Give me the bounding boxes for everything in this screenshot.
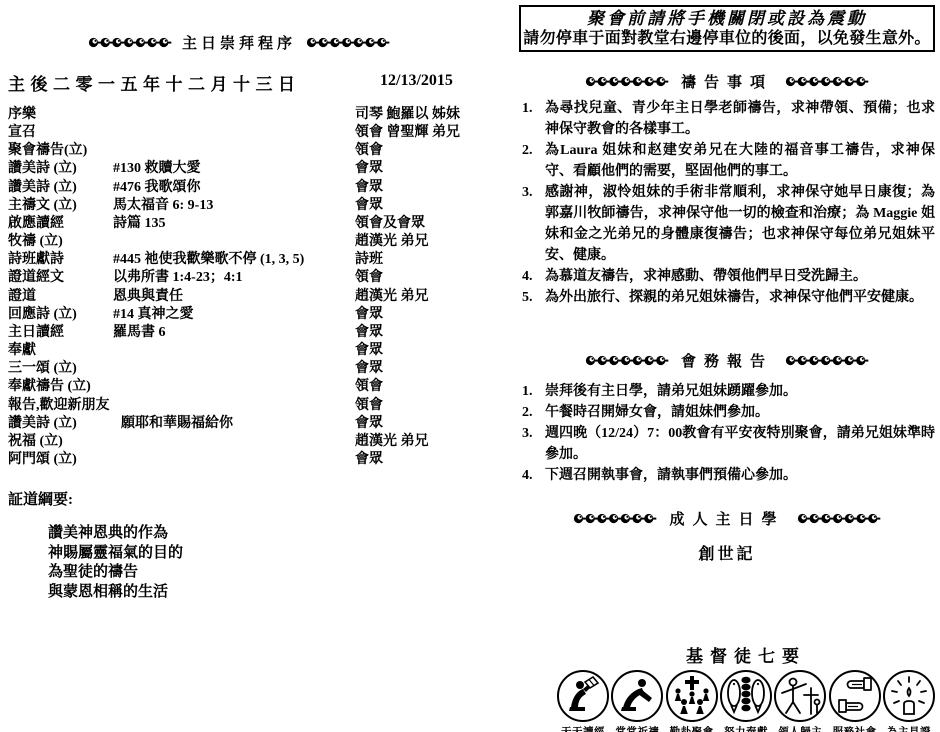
- serving-hands-icon: [829, 670, 881, 722]
- program-performer: 司琴 鮑羅以 姊妹: [355, 106, 470, 124]
- program-row: 證道經文以弗所書 1:4-23；4:1領會: [8, 269, 470, 287]
- notice-box: 聚會前請將手機關閉或設為震動 請勿停車于面對教堂右邊停車位的後面，以免發生意外。: [519, 5, 935, 52]
- program-item: 奉獻禱告 (立): [8, 378, 113, 396]
- program-item: 啟應讀經: [8, 215, 113, 233]
- program-item: 讚美詩 (立): [8, 179, 113, 197]
- program-detail: #14 真神之愛: [113, 306, 355, 324]
- program-performer: 領會 曾聖輝 弟兄: [355, 124, 470, 142]
- swirl-ornament-icon: [785, 354, 869, 367]
- program-row: 三一頌 (立)會眾: [8, 360, 470, 378]
- seven-essential-label: 領人歸主: [774, 724, 826, 732]
- swirl-ornament-icon: [785, 75, 869, 88]
- seven-essential-item: 天天讀經: [557, 670, 609, 732]
- report-item: 2.午餐時召開婦女會，請姐妹們參加。: [519, 402, 935, 423]
- date-row: 主後二零一五年十二月十三日 12/13/2015: [8, 70, 470, 92]
- report-item-text: 崇拜後有主日學，請弟兄姐妹踴躍參加。: [545, 381, 935, 402]
- seven-essential-item: 勤赴聚會: [666, 670, 718, 732]
- program-item: 阿門頌 (立): [8, 451, 113, 469]
- sermon-outline-line: 與蒙恩相稱的生活: [48, 583, 183, 603]
- program-item: 讚美詩 (立): [8, 415, 113, 433]
- adult-sunday-school-heading: 成人主日學: [669, 508, 784, 529]
- program-row: 回應詩 (立)#14 真神之愛會眾: [8, 306, 470, 324]
- prayer-item-text: 為慕道友禱告，求神感動、帶領他們早日受洗歸主。: [545, 266, 935, 287]
- program-item: 主日讀經: [8, 324, 113, 342]
- seven-essentials-section: 基督徒七要 天天讀經: [557, 642, 935, 732]
- program-performer: 領會: [355, 269, 470, 287]
- program-detail: [113, 342, 355, 360]
- swirl-ornament-icon: [797, 512, 881, 525]
- notice-line-parking: 請勿停車于面對教堂右邊停車位的後面，以免發生意外。: [523, 29, 931, 49]
- adult-sunday-school-heading-row: 成人主日學: [519, 508, 935, 529]
- prayer-item-number: 5.: [519, 287, 545, 308]
- program-row: 序樂司琴 鮑羅以 姊妹: [8, 106, 470, 124]
- program-item: 詩班獻詩: [8, 251, 113, 269]
- date-numeric: 12/13/2015: [380, 72, 453, 90]
- program-performer: 領會: [355, 397, 470, 415]
- sermon-outline-list: 讚美神恩典的作為 神賜屬靈福氣的目的 為聖徒的禱告 與蒙恩相稱的生活: [48, 524, 183, 602]
- report-item: 1.崇拜後有主日學，請弟兄姐妹踴躍參加。: [519, 381, 935, 402]
- program-detail: 以弗所書 1:4-23；4:1: [113, 269, 355, 287]
- candle-witness-icon: [883, 670, 935, 722]
- sermon-outline-line: 神賜屬靈福氣的目的: [48, 544, 183, 564]
- program-detail: [113, 397, 355, 415]
- report-item-text: 午餐時召開婦女會，請姐妹們參加。: [545, 402, 935, 423]
- program-row: 宣召領會 曾聖輝 弟兄: [8, 124, 470, 142]
- prayer-items-heading: 禱告事項: [681, 71, 773, 92]
- gathering-cross-icon: [666, 670, 718, 722]
- program-row: 牧禱 (立)趙漢光 弟兄: [8, 233, 470, 251]
- date-chinese: 主後二零一五年十二月十三日: [8, 75, 301, 94]
- program-performer: 會眾: [355, 197, 470, 215]
- seven-essential-item: 努力奉獻: [720, 670, 772, 732]
- program-item: 證道經文: [8, 269, 113, 287]
- report-item-text: 下週召開執事會，請執事們預備心參加。: [545, 465, 935, 486]
- program-row: 讚美詩 (立)#476 我歌頌你會眾: [8, 179, 470, 197]
- prayer-item-number: 1.: [519, 98, 545, 140]
- offering-fish-coins-icon: [720, 670, 772, 722]
- program-performer: 領會及會眾: [355, 215, 470, 233]
- report-item-number: 4.: [519, 465, 545, 486]
- program-row: 奉獻禱告 (立)領會: [8, 378, 470, 396]
- prayer-item-text: 感謝神，淑怜姐妹的手術非常順利，求神保守她早日康復；為郭嘉川牧師禱告，求神保守他…: [545, 182, 935, 266]
- prayer-item: 5.為外出旅行、探親的弟兄姐妹禱告，求神保守他們平安健康。: [519, 287, 935, 308]
- church-report-list: 1.崇拜後有主日學，請弟兄姐妹踴躍參加。 2.午餐時召開婦女會，請姐妹們參加。 …: [519, 381, 935, 486]
- page-title: 主日崇拜程序: [182, 32, 296, 53]
- program-item: 奉獻: [8, 342, 113, 360]
- report-item: 3.週四晚（12/24）7：00教會有平安夜特別聚會，請弟兄姐妹準時參加。: [519, 423, 935, 465]
- program-item: 牧禱 (立): [8, 233, 113, 251]
- church-report-heading: 會務報告: [681, 350, 773, 371]
- program-performer: 趙漢光 弟兄: [355, 433, 470, 451]
- seven-essential-item: 常常祈禱: [611, 670, 663, 732]
- sermon-outline-heading: 証道綱要:: [8, 488, 73, 509]
- lead-to-christ-icon: [774, 670, 826, 722]
- program-detail: #476 我歌頌你: [113, 179, 355, 197]
- prayer-items-list: 1.為尋找兒童、青少年主日學老師禱告，求神帶領、預備；也求神保守教會的各樣事工。…: [519, 98, 935, 308]
- program-row: 詩班獻詩#445 祂使我歡樂歌不停 (1, 3, 5)詩班: [8, 251, 470, 269]
- notice-line-phones: 聚會前請將手機關閉或設為震動: [523, 8, 931, 29]
- swirl-ornament-icon: [585, 354, 669, 367]
- program-row: 讚美詩 (立)願耶和華賜福給你會眾: [8, 415, 470, 433]
- report-item-number: 3.: [519, 423, 545, 465]
- program-performer: 會眾: [355, 451, 470, 469]
- program-performer: 趙漢光 弟兄: [355, 288, 470, 306]
- program-detail: 羅馬書 6: [113, 324, 355, 342]
- prayer-item-number: 2.: [519, 140, 545, 182]
- swirl-ornament-icon: [573, 512, 657, 525]
- prayer-item: 2.為Laura 姐妹和赵建安弟兄在大陸的福音事工禱告，求神保守、看顧他們的需要…: [519, 140, 935, 182]
- prayer-item-text: 為Laura 姐妹和赵建安弟兄在大陸的福音事工禱告，求神保守、看顧他們的需要，堅…: [545, 140, 935, 182]
- program-detail: [113, 360, 355, 378]
- program-item: 主禱文 (立): [8, 197, 113, 215]
- program-detail: [113, 233, 355, 251]
- sunday-school-topic: 創世記: [519, 541, 935, 564]
- report-item-text: 週四晚（12/24）7：00教會有平安夜特別聚會，請弟兄姐妹準時參加。: [545, 423, 935, 465]
- program-performer: 會眾: [355, 306, 470, 324]
- program-item: 序樂: [8, 106, 113, 124]
- prayer-kneeling-icon: [611, 670, 663, 722]
- prayer-item-number: 4.: [519, 266, 545, 287]
- swirl-ornament-icon: [88, 36, 172, 49]
- seven-essential-label: 勤赴聚會: [666, 724, 718, 732]
- report-item-number: 2.: [519, 402, 545, 423]
- program-item: 報告,歡迎新朋友: [8, 397, 113, 415]
- program-item: 證道: [8, 288, 113, 306]
- bible-reading-icon: [557, 670, 609, 722]
- program-row: 主日讀經羅馬書 6會眾: [8, 324, 470, 342]
- seven-essential-label: 為主見證: [883, 724, 935, 732]
- program-performer: 詩班: [355, 251, 470, 269]
- program-detail: [113, 124, 355, 142]
- program-performer: 會眾: [355, 415, 470, 433]
- program-title-row: 主日崇拜程序: [8, 32, 470, 53]
- program-performer: 會眾: [355, 360, 470, 378]
- report-item-number: 1.: [519, 381, 545, 402]
- program-detail: [113, 451, 355, 469]
- program-row: 聚會禱告(立)領會: [8, 142, 470, 160]
- seven-essential-item: 服務社會: [829, 670, 881, 732]
- program-detail: 馬太福音 6: 9-13: [113, 197, 355, 215]
- swirl-ornament-icon: [306, 36, 390, 49]
- swirl-ornament-icon: [585, 75, 669, 88]
- sermon-outline-line: 讚美神恩典的作為: [48, 524, 183, 544]
- program-row: 奉獻會眾: [8, 342, 470, 360]
- order-of-worship-list: 序樂司琴 鮑羅以 姊妹 宣召領會 曾聖輝 弟兄 聚會禱告(立)領會 讚美詩 (立…: [8, 106, 470, 469]
- prayer-item-text: 為外出旅行、探親的弟兄姐妹禱告，求神保守他們平安健康。: [545, 287, 935, 308]
- seven-essentials-icons-row: 天天讀經 常常祈禱: [557, 670, 935, 732]
- program-performer: 領會: [355, 378, 470, 396]
- seven-essential-label: 常常祈禱: [611, 724, 663, 732]
- program-item: 宣召: [8, 124, 113, 142]
- seven-essential-label: 努力奉獻: [720, 724, 772, 732]
- church-bulletin-page: 主日崇拜程序 主後二零一五年十二月十三日 12/13/2015 序樂司琴 鮑羅以…: [0, 0, 940, 732]
- announcements-column: 聚會前請將手機關閉或設為震動 請勿停車于面對教堂右邊停車位的後面，以免發生意外。…: [519, 5, 935, 52]
- program-performer: 會眾: [355, 160, 470, 178]
- program-detail: 願耶和華賜福給你: [113, 415, 355, 433]
- program-performer: 趙漢光 弟兄: [355, 233, 470, 251]
- program-row: 報告,歡迎新朋友領會: [8, 397, 470, 415]
- program-performer: 會眾: [355, 342, 470, 360]
- church-report-heading-row: 會務報告: [519, 350, 935, 371]
- program-performer: 領會: [355, 142, 470, 160]
- program-item: 三一頌 (立): [8, 360, 113, 378]
- program-detail: #130 救贖大愛: [113, 160, 355, 178]
- prayer-item: 3.感謝神，淑怜姐妹的手術非常順利，求神保守她早日康復；為郭嘉川牧師禱告，求神保…: [519, 182, 935, 266]
- program-row: 阿門頌 (立)會眾: [8, 451, 470, 469]
- report-item: 4.下週召開執事會，請執事們預備心參加。: [519, 465, 935, 486]
- sermon-outline-line: 為聖徒的禱告: [48, 563, 183, 583]
- program-item: 聚會禱告(立): [8, 142, 113, 160]
- program-detail: #445 祂使我歡樂歌不停 (1, 3, 5): [113, 251, 355, 269]
- program-performer: 會眾: [355, 324, 470, 342]
- program-row: 啟應讀經詩篇 135領會及會眾: [8, 215, 470, 233]
- program-detail: [113, 433, 355, 451]
- program-detail: 恩典與責任: [113, 288, 355, 306]
- program-performer: 會眾: [355, 179, 470, 197]
- program-row: 主禱文 (立)馬太福音 6: 9-13會眾: [8, 197, 470, 215]
- prayer-items-heading-row: 禱告事項: [519, 71, 935, 92]
- program-detail: [113, 142, 355, 160]
- program-row: 證道恩典與責任趙漢光 弟兄: [8, 288, 470, 306]
- program-row: 祝福 (立)趙漢光 弟兄: [8, 433, 470, 451]
- program-item: 回應詩 (立): [8, 306, 113, 324]
- seven-essentials-title: 基督徒七要: [557, 642, 935, 667]
- seven-essential-item: 領人歸主: [774, 670, 826, 732]
- program-detail: [113, 378, 355, 396]
- program-detail: [113, 106, 355, 124]
- seven-essential-label: 服務社會: [829, 724, 881, 732]
- program-row: 讚美詩 (立)#130 救贖大愛會眾: [8, 160, 470, 178]
- prayer-item: 4.為慕道友禱告，求神感動、帶領他們早日受洗歸主。: [519, 266, 935, 287]
- seven-essential-label: 天天讀經: [557, 724, 609, 732]
- prayer-item-text: 為尋找兒童、青少年主日學老師禱告，求神帶領、預備；也求神保守教會的各樣事工。: [545, 98, 935, 140]
- prayer-item: 1.為尋找兒童、青少年主日學老師禱告，求神帶領、預備；也求神保守教會的各樣事工。: [519, 98, 935, 140]
- prayer-item-number: 3.: [519, 182, 545, 266]
- seven-essential-item: 為主見證: [883, 670, 935, 732]
- program-detail: 詩篇 135: [113, 215, 355, 233]
- program-item: 讚美詩 (立): [8, 160, 113, 178]
- program-item: 祝福 (立): [8, 433, 113, 451]
